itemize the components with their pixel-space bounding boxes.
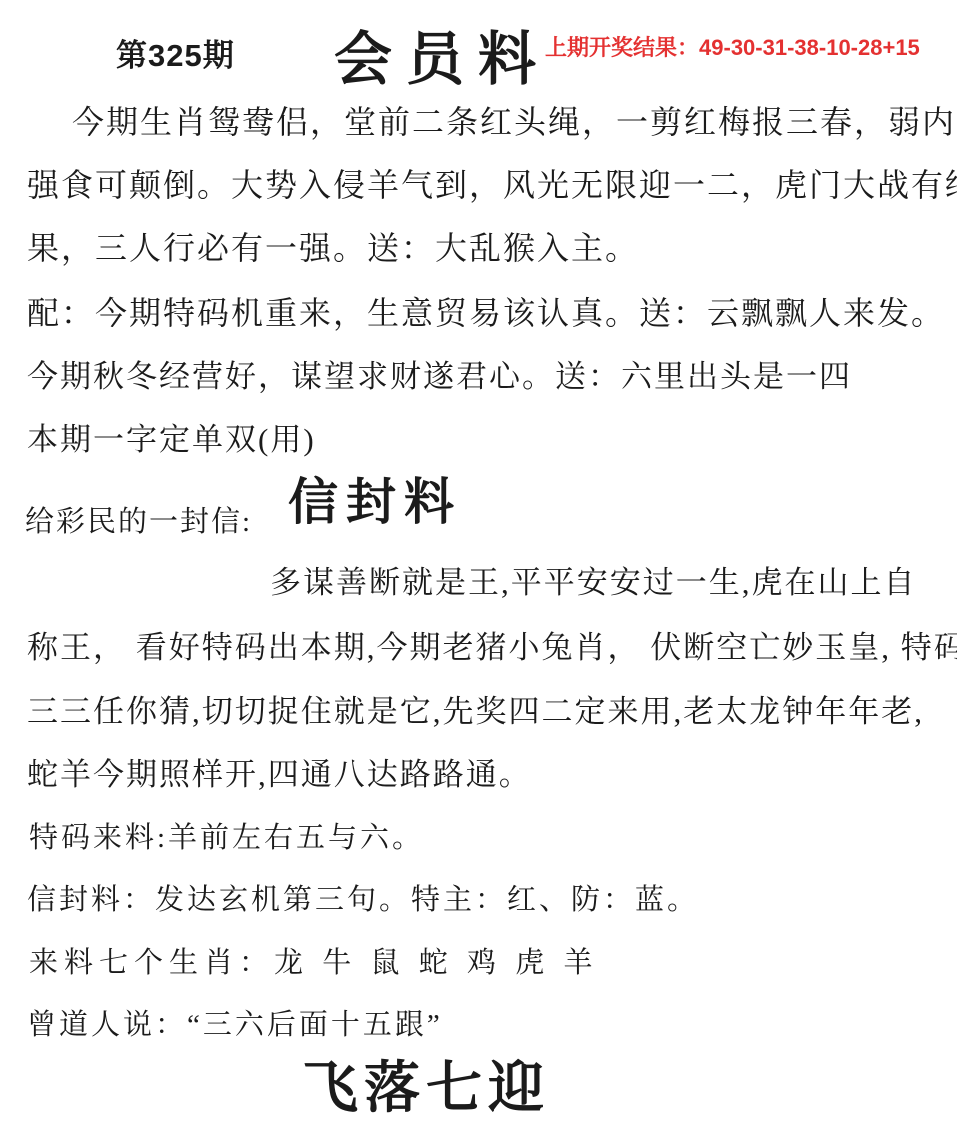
envelope-line-3: 三三任你猜,切切捉住就是它,先奖四二定来用,老太龙钟年年老, <box>27 691 924 733</box>
special-code-hint-line: 特码来料:羊前左右五与六。 <box>29 817 424 859</box>
envelope-line-1: 多谋善断就是王,平平安安过一生,虎在山上自 <box>270 562 917 604</box>
last-draw-result-numbers: 49-30-31-38-10-28+15 <box>699 35 920 60</box>
member-line-2: 强食可颠倒。大势入侵羊气到，风光无限迎一二，虎门大战有结 <box>27 164 957 206</box>
last-draw-result-label: 上期开奖结果： <box>545 35 699 60</box>
sheet-title: 会员料 <box>334 12 550 96</box>
envelope-line-4: 蛇羊今期照样开,四通八达路路通。 <box>27 754 532 796</box>
member-line-1: 今期生肖鸳鸯侣，堂前二条红头绳，一剪红梅报三春，弱内 <box>72 101 956 143</box>
member-line-5: 今期秋冬经营好，谋望求财遂君心。送：六里出头是一四 <box>27 356 852 398</box>
last-draw-result: 上期开奖结果：49-30-31-38-10-28+15 <box>545 31 920 62</box>
envelope-line-2: 称王， 看好特码出本期,今期老猪小兔肖， 伏断空亡妙玉皇, 特码 <box>27 627 957 669</box>
envelope-section-title: 信封料 <box>288 462 462 534</box>
member-line-3: 果，三人行必有一强。送：大乱猴入主。 <box>27 227 639 269</box>
member-line-4: 配：今期特码机重来，生意贸易该认真。送：云飘飘人来发。 <box>27 292 945 334</box>
letter-intro-label: 给彩民的一封信: <box>25 499 252 540</box>
quote-line: 曾道人说：“三六后面十五跟” <box>27 1004 443 1046</box>
issue-number: 第325期 <box>116 30 235 75</box>
member-line-6: 本期一字定单双(用) <box>27 419 316 461</box>
lottery-tip-sheet: 第325期 会员料 上期开奖结果：49-30-31-38-10-28+15 今期… <box>0 0 957 1122</box>
footer-phrase: 飞落七迎 <box>302 1044 550 1122</box>
zodiac-list-line: 来料七个生肖：龙 牛 鼠 蛇 鸡 虎 羊 <box>29 942 599 984</box>
envelope-material-hint-line: 信封料：发达玄机第三句。特主：红、防：蓝。 <box>27 879 699 921</box>
